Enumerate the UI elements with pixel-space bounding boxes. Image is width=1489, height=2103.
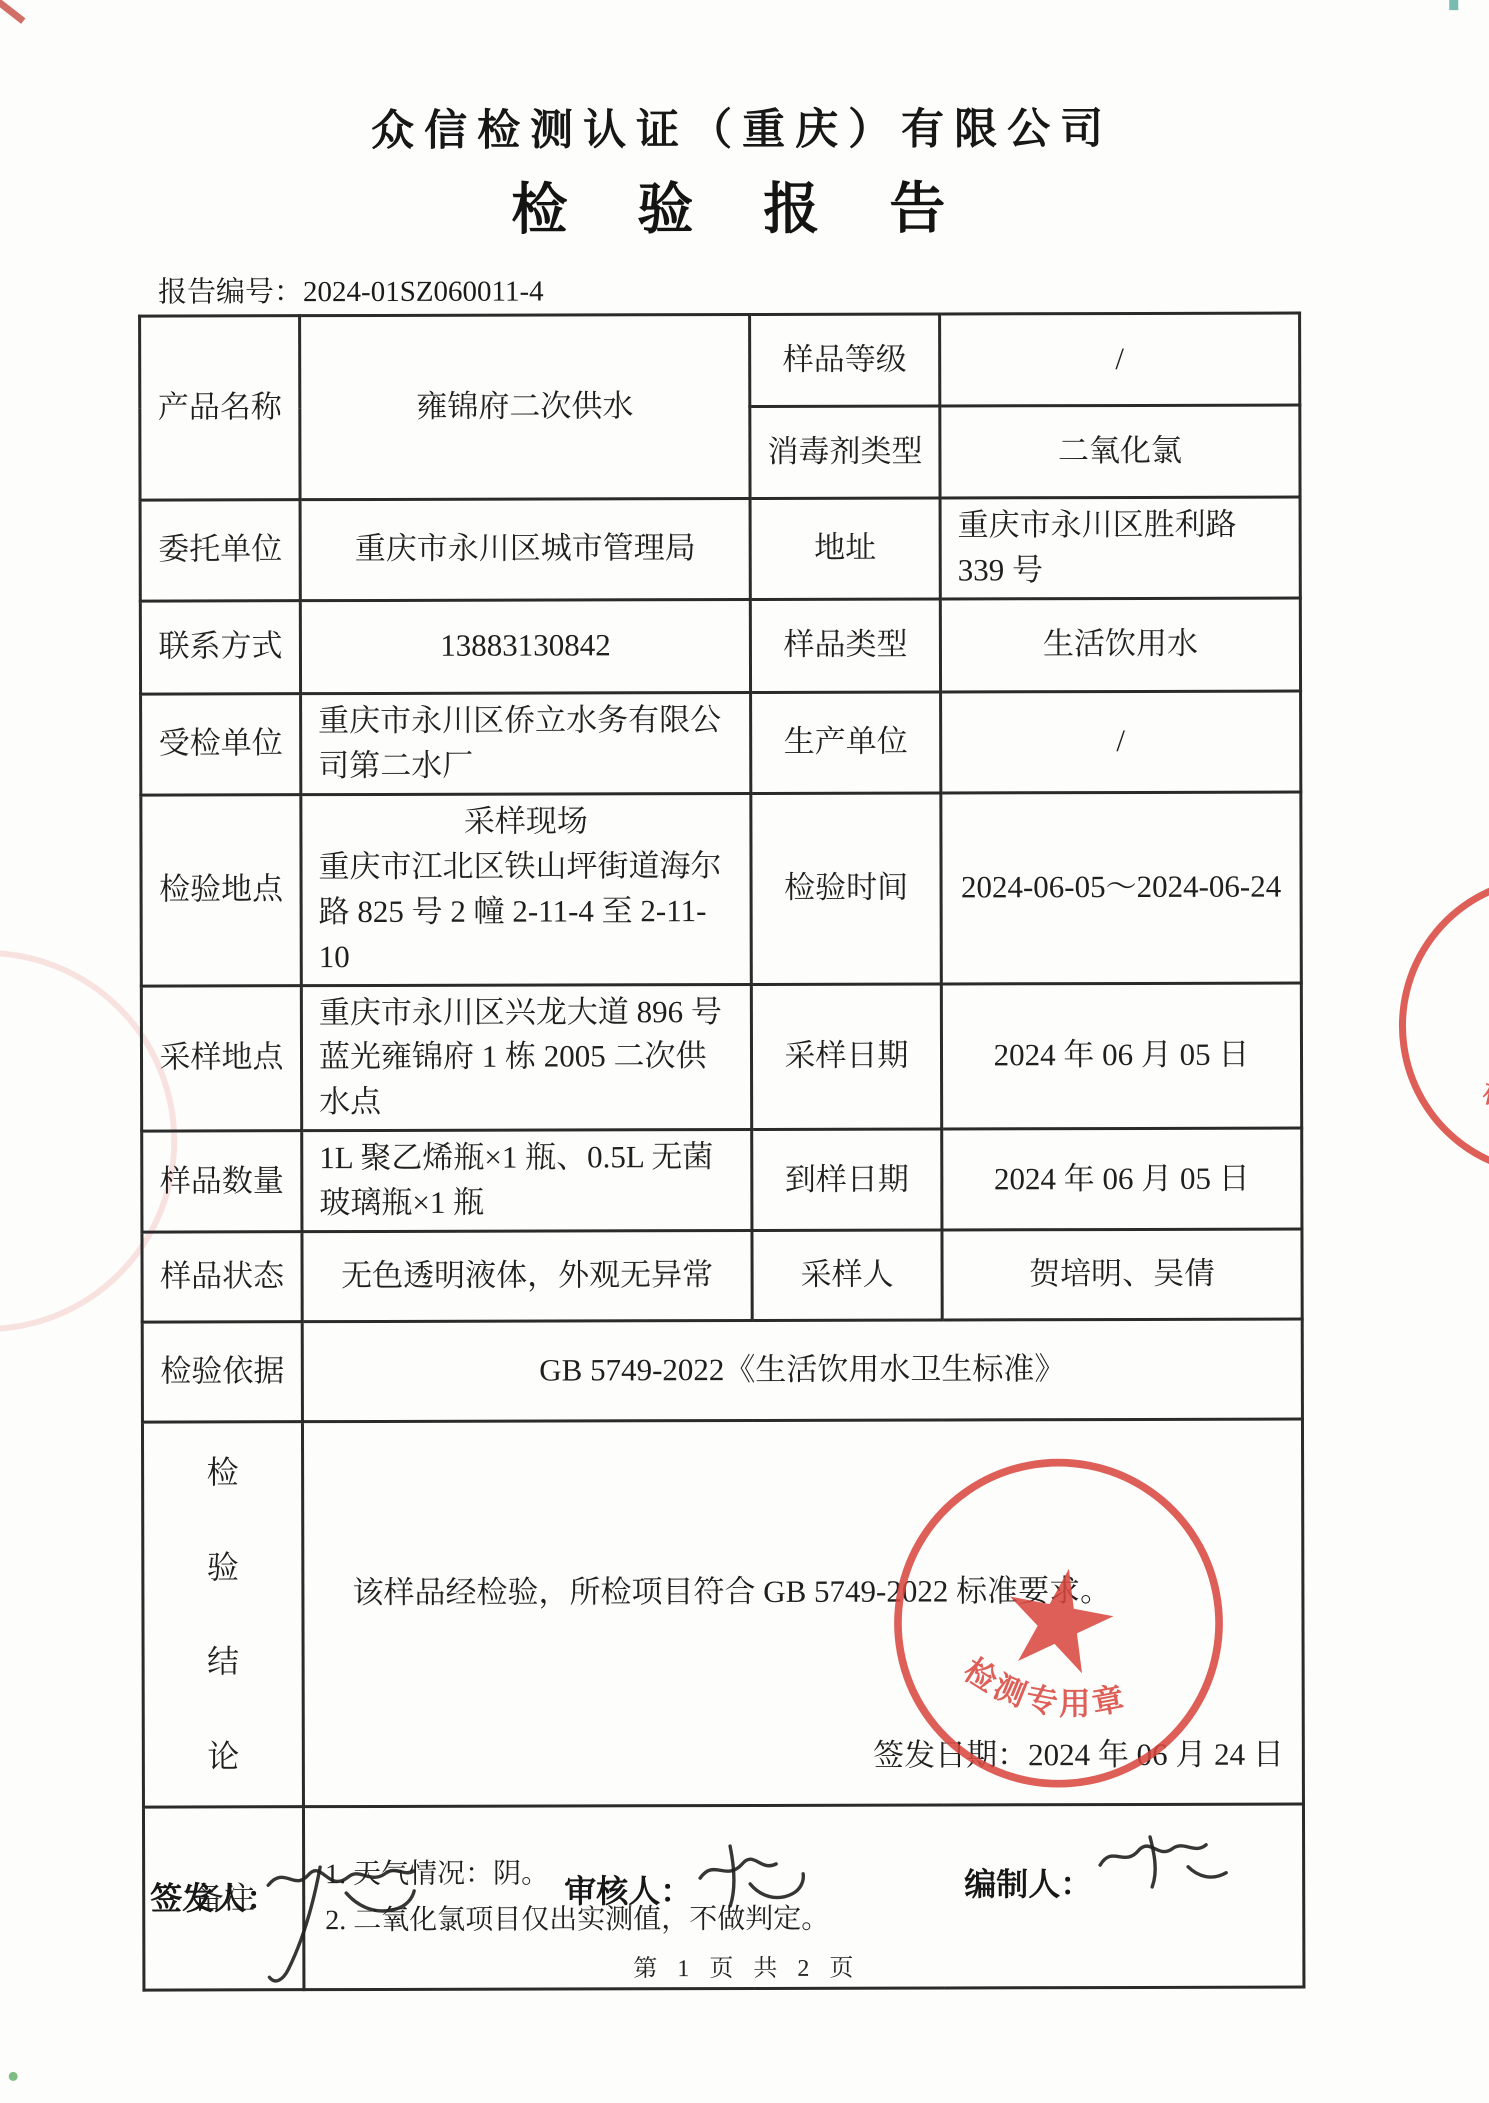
report-number-value: 2024-01SZ060011-4 xyxy=(303,276,544,309)
conclusion-label-chars: 检 验 结 论 xyxy=(148,1449,298,1779)
sampler-value: 贺培明、吴倩 xyxy=(942,1229,1302,1320)
inspected-unit-value: 重庆市永川区侨立水务有限公司第二水厂 xyxy=(301,692,751,794)
basis-value: GB 5749-2022《生活饮用水卫生标准》 xyxy=(302,1319,1302,1422)
sample-qty-label: 样品数量 xyxy=(142,1131,302,1232)
stamp-bottom-text: 检测专用章 xyxy=(954,1649,1137,1735)
table-row: 产品名称 雍锦府二次供水 样品等级 / xyxy=(140,313,1300,408)
sample-type-label: 样品类型 xyxy=(750,599,940,692)
inspection-time-label: 检验时间 xyxy=(751,793,941,984)
sample-qty-value: 1L 聚乙烯瓶×1 瓶、0.5L 无菌玻璃瓶×1 瓶 xyxy=(302,1130,752,1232)
sample-state-label: 样品状态 xyxy=(142,1232,302,1322)
conclusion-label-char: 验 xyxy=(207,1544,239,1590)
report-title: 检 验 报 告 xyxy=(0,163,1487,247)
sampling-date-label: 采样日期 xyxy=(751,983,941,1129)
company-seal-stamp: 众信检测认证（重庆）有限公司 检测专用章 xyxy=(857,1422,1260,1825)
stamp-ring xyxy=(1383,859,1489,1193)
sample-grade-label: 样品等级 xyxy=(750,314,940,406)
product-name-label: 产品名称 xyxy=(140,316,300,500)
table-row: 样品数量 1L 聚乙烯瓶×1 瓶、0.5L 无菌玻璃瓶×1 瓶 到样日期 202… xyxy=(142,1128,1302,1232)
sample-grade-value: / xyxy=(940,313,1300,406)
basis-label: 检验依据 xyxy=(142,1322,302,1422)
inspection-place-line1: 采样现场 xyxy=(318,799,733,845)
address-value: 重庆市永川区胜利路 339 号 xyxy=(940,497,1300,599)
table-row: 委托单位 重庆市永川区城市管理局 地址 重庆市永川区胜利路 339 号 xyxy=(140,497,1300,601)
contact-value: 13883130842 xyxy=(300,599,750,693)
page-footer: 第 1 页 共 2 页 xyxy=(2,1946,1489,1985)
client-label: 委托单位 xyxy=(140,500,300,601)
report-content: 众信检测认证（重庆）有限公司 检 验 报 告 报告编号：2024-01SZ060… xyxy=(0,0,1489,2103)
inspection-place-line2: 重庆市江北区铁山坪街道海尔路 825 号 2 幢 2-11-4 至 2-11-1… xyxy=(318,844,733,980)
disinfectant-type-value: 二氧化氯 xyxy=(940,405,1300,498)
disinfectant-type-label: 消毒剂类型 xyxy=(750,406,940,498)
inspection-place-value: 采样现场 重庆市江北区铁山坪街道海尔路 825 号 2 幢 2-11-4 至 2… xyxy=(301,793,751,985)
producer-label: 生产单位 xyxy=(751,692,941,793)
company-name: 众信检测认证（重庆）有限公司 xyxy=(0,94,1487,159)
stamp-bottom-text: 检测专用章 xyxy=(1475,1054,1489,1126)
table-row: 受检单位 重庆市永川区侨立水务有限公司第二水厂 生产单位 / xyxy=(141,691,1301,795)
conclusion-label: 检 验 结 论 xyxy=(142,1422,303,1807)
sample-state-value: 无色透明液体，外观无异常 xyxy=(302,1231,752,1322)
preparer-signature xyxy=(1092,1827,1252,1917)
sampling-place-label: 采样地点 xyxy=(141,985,301,1131)
conclusion-label-char: 论 xyxy=(207,1733,239,1779)
report-page: 众信检测认证（重庆）有限公司 检 验 报 告 报告编号：2024-01SZ060… xyxy=(0,0,1489,2103)
table-row: 检验依据 GB 5749-2022《生活饮用水卫生标准》 xyxy=(142,1319,1302,1422)
stamp-star-icon xyxy=(998,1559,1120,1677)
report-number: 报告编号：2024-01SZ060011-4 xyxy=(158,269,544,311)
conclusion-label-char: 结 xyxy=(207,1639,239,1685)
table-row: 检验地点 采样现场 重庆市江北区铁山坪街道海尔路 825 号 2 幢 2-11-… xyxy=(141,792,1301,986)
report-number-label: 报告编号： xyxy=(158,276,303,308)
scan-artifact-bottomleft xyxy=(9,2072,18,2081)
client-value: 重庆市永川区城市管理局 xyxy=(300,498,750,600)
inspection-time-value: 2024-06-05～2024-06-24 xyxy=(941,792,1301,984)
inspected-unit-label: 受检单位 xyxy=(141,694,301,795)
stamp-ring-text: 众信检测认证（重庆）有限公司 xyxy=(1432,1177,1489,1205)
producer-value: / xyxy=(941,691,1301,793)
scan-artifact-topright xyxy=(1449,0,1458,10)
reviewer-label: 审核人： xyxy=(564,1866,692,1912)
preparer-label: 编制人： xyxy=(964,1859,1092,1905)
scan-artifact-topleft xyxy=(0,0,25,24)
arrival-date-value: 2024 年 06 月 05 日 xyxy=(942,1128,1302,1230)
edge-seal-stamp: 众信检测认证（重庆）有限公司 检测专用章 xyxy=(1371,847,1489,1205)
sampler-label: 采样人 xyxy=(752,1230,942,1320)
table-row: 采样地点 重庆市永川区兴龙大道 896 号蓝光雍锦府 1 栋 2005 二次供水… xyxy=(141,983,1301,1132)
table-row: 样品状态 无色透明液体，外观无异常 采样人 贺培明、吴倩 xyxy=(142,1229,1302,1322)
conclusion-label-char: 检 xyxy=(207,1450,239,1496)
arrival-date-label: 到样日期 xyxy=(752,1129,942,1230)
product-name-value: 雍锦府二次供水 xyxy=(300,314,750,499)
address-label: 地址 xyxy=(750,498,940,599)
sample-type-value: 生活饮用水 xyxy=(940,598,1300,692)
sampling-date-value: 2024 年 06 月 05 日 xyxy=(941,983,1301,1130)
reviewer-signature xyxy=(690,1836,840,1931)
sampling-place-value: 重庆市永川区兴龙大道 896 号蓝光雍锦府 1 栋 2005 二次供水点 xyxy=(301,984,751,1131)
contact-label: 联系方式 xyxy=(140,601,300,694)
table-row: 联系方式 13883130842 样品类型 生活饮用水 xyxy=(140,598,1300,694)
inspection-place-label: 检验地点 xyxy=(141,794,301,985)
